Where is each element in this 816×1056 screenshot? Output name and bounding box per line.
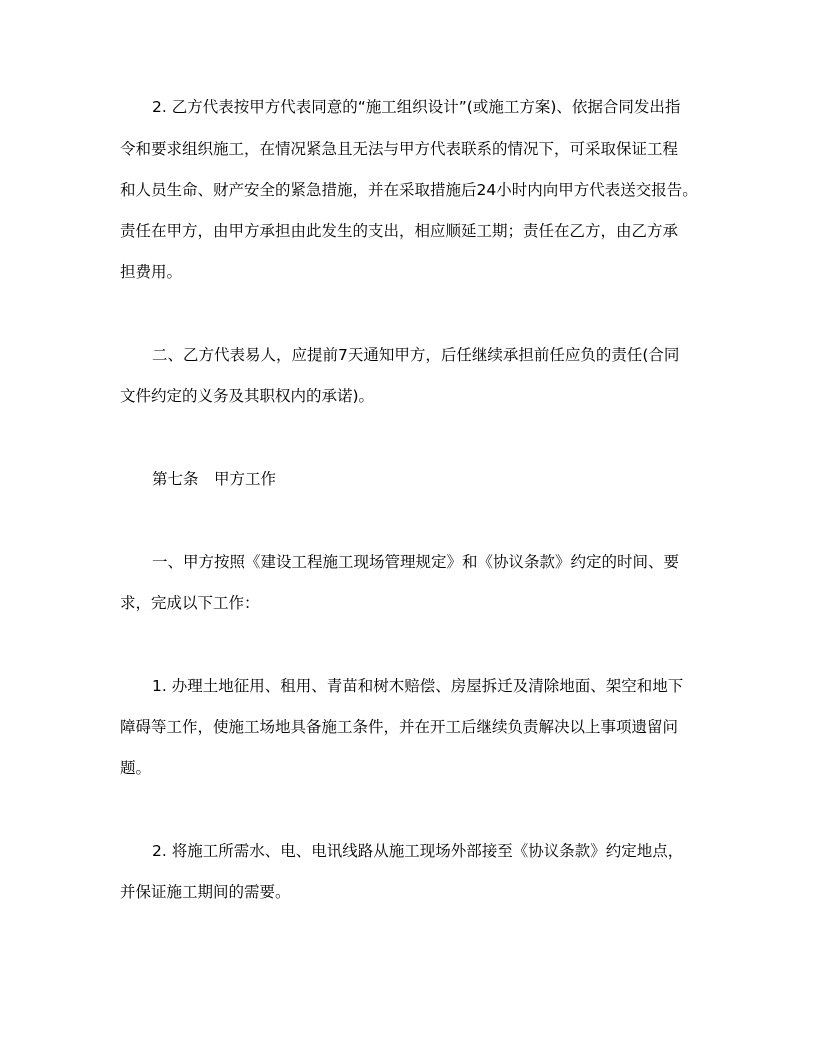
paragraph-1-line-4: 责任在甲方，由甲方承担由此发生的支出，相应顺延工期；责任在乙方，由乙方承 xyxy=(120,221,698,241)
paragraph-2-line-1: 二、乙方代表易人，应提前7天通知甲方，后任继续承担前任应负的责任(合同 xyxy=(152,345,730,365)
paragraph-1-line-2: 令和要求组织施工，在情况紧急且无法与甲方代表联系的情况下，可采取保证工程 xyxy=(120,139,698,159)
paragraph-1-line-3: 和人员生命、财产安全的紧急措施，并在采取措施后24小时内向甲方代表送交报告。 xyxy=(120,180,698,200)
paragraph-5-line-2: 并保证施工期间的需要。 xyxy=(120,882,698,902)
paragraph-5-line-1: 2. 将施工所需水、电、电讯线路从施工现场外部接至《协议条款》约定地点， xyxy=(152,841,730,861)
paragraph-4-line-1: 1. 办理土地征用、租用、青苗和树木赔偿、房屋拆迁及清除地面、架空和地下 xyxy=(152,676,730,696)
paragraph-1-line-1: 2. 乙方代表按甲方代表同意的“施工组织设计”(或施工方案)、依据合同发出指 xyxy=(152,97,730,117)
paragraph-1-line-5: 担费用。 xyxy=(120,262,698,282)
paragraph-3-line-1: 一、甲方按照《建设工程施工现场管理规定》和《协议条款》约定的时间、要 xyxy=(152,552,730,572)
section-heading: 第七条 甲方工作 xyxy=(152,469,730,489)
paragraph-2-line-2: 文件约定的义务及其职权内的承诺)。 xyxy=(120,386,698,406)
paragraph-4-line-3: 题。 xyxy=(120,758,698,778)
paragraph-4-line-2: 障碍等工作，使施工场地具备施工条件，并在开工后继续负责解决以上事项遗留问 xyxy=(120,717,698,737)
paragraph-3-line-2: 求，完成以下工作： xyxy=(120,593,698,613)
